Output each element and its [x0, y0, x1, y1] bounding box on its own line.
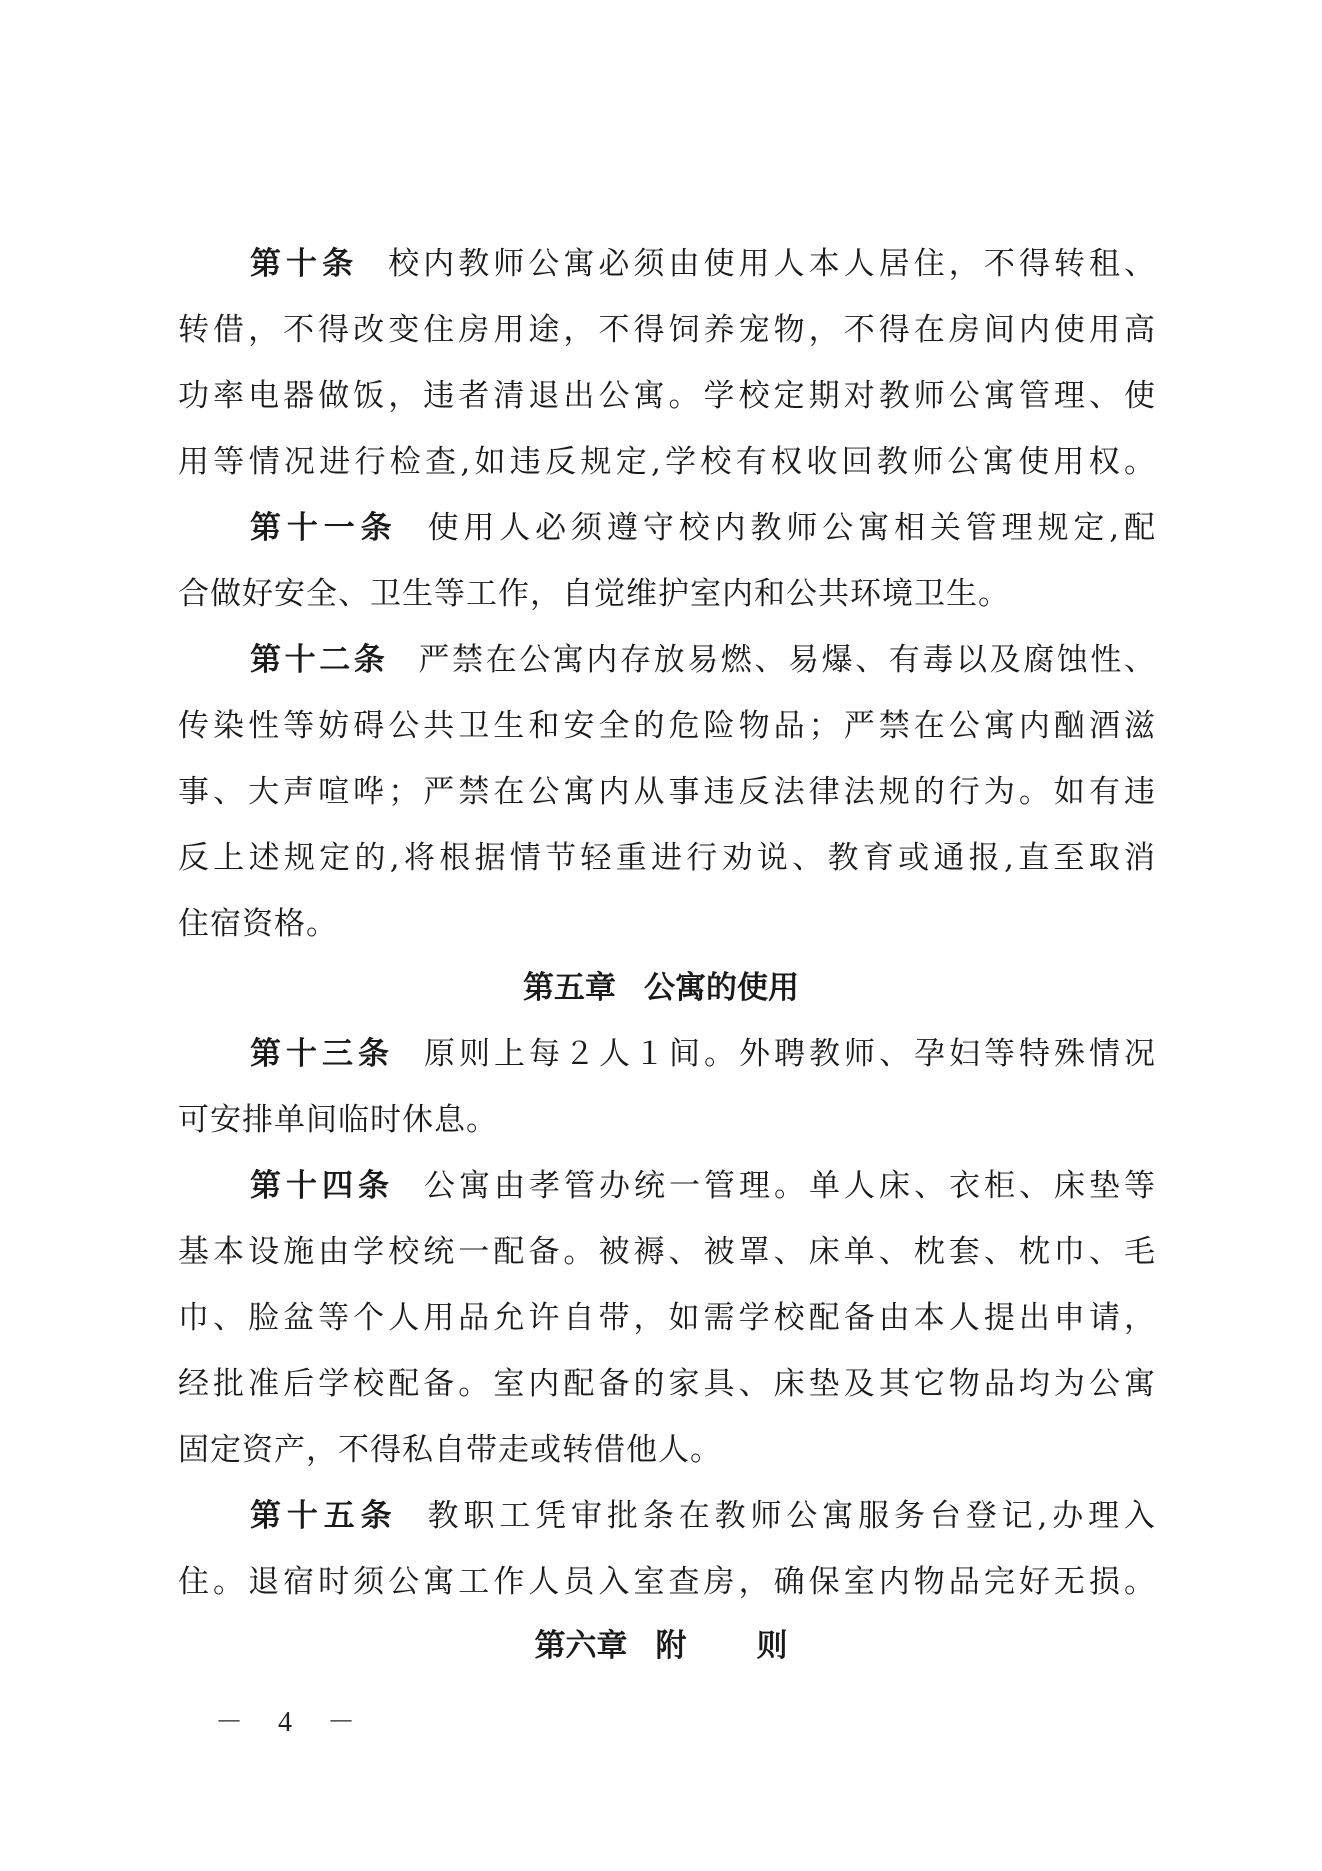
chapter-6-number: 第六章 — [535, 1628, 628, 1664]
article-14-line-2: 基本设施由学校统一配备。被褥、被罩、床单、枕套、枕巾、毛 — [178, 1230, 1156, 1274]
article-10-line-4: 用等情况进行检查,如违反规定,学校有权收回教师公寓使用权。 — [178, 440, 1156, 484]
article-15-text: 教职工凭审批条在教师公寓服务台登记,办理入 — [428, 1498, 1156, 1534]
document-page: 第十条校内教师公寓必须由使用人本人居住，不得转租、 转借，不得改变住房用途，不得… — [0, 0, 1322, 1871]
article-13-text: 原则上每２人１间。外聘教师、孕妇等特殊情况 — [424, 1036, 1156, 1072]
article-15-line-1: 第十五条教职工凭审批条在教师公寓服务台登记,办理入 — [250, 1494, 1156, 1538]
article-14-line-1: 第十四条公寓由孝管办统一管理。单人床、衣柜、床垫等 — [250, 1164, 1156, 1208]
article-12-line-4: 反上述规定的,将根据情节轻重进行劝说、教育或通报,直至取消 — [178, 836, 1156, 880]
article-10-line-2: 转借，不得改变住房用途，不得饲养宠物，不得在房间内使用高 — [178, 308, 1156, 352]
article-10-line-3: 功率电器做饭，违者清退出公寓。学校定期对教师公寓管理、使 — [178, 374, 1156, 418]
article-14-line-3: 巾、脸盆等个人用品允许自带，如需学校配备由本人提出申请， — [178, 1296, 1156, 1340]
article-15-number: 第十五条 — [250, 1498, 398, 1534]
chapter-5-number: 第五章 — [523, 970, 616, 1006]
article-11-text: 使用人必须遵守校内教师公寓相关管理规定,配 — [428, 510, 1156, 546]
article-11-line-1: 第十一条使用人必须遵守校内教师公寓相关管理规定,配 — [250, 506, 1156, 550]
chapter-6-title-part2: 则 — [757, 1628, 788, 1664]
article-13-line-2: 可安排单间临时休息。 — [178, 1098, 1156, 1142]
article-12-line-1: 第十二条严禁在公寓内存放易燃、易爆、有毒以及腐蚀性、 — [250, 638, 1156, 682]
article-12-line-5: 住宿资格。 — [178, 902, 1156, 946]
article-14-line-5: 固定资产，不得私自带走或转借他人。 — [178, 1428, 1156, 1472]
article-12-line-3: 事、大声喧哗；严禁在公寓内从事违反法律法规的行为。如有违 — [178, 770, 1156, 814]
article-11-number: 第十一条 — [250, 510, 398, 546]
article-13-number: 第十三条 — [250, 1036, 394, 1072]
article-10-number: 第十条 — [250, 246, 358, 282]
article-15-line-2: 住。退宿时须公寓工作人员入室查房，确保室内物品完好无损。 — [178, 1560, 1156, 1604]
article-12-text: 严禁在公寓内存放易燃、易爆、有毒以及腐蚀性、 — [418, 642, 1156, 678]
article-12-line-2: 传染性等妨碍公共卫生和安全的危险物品；严禁在公寓内酗酒滋 — [178, 704, 1156, 748]
chapter-5-title: 公寓的使用 — [644, 970, 799, 1006]
article-11-line-2: 合做好安全、卫生等工作，自觉维护室内和公共环境卫生。 — [178, 572, 1156, 616]
article-10-text: 校内教师公寓必须由使用人本人居住，不得转租、 — [388, 246, 1156, 282]
chapter-6-title-part1: 附 — [656, 1628, 687, 1664]
article-12-number: 第十二条 — [250, 642, 388, 678]
article-14-line-4: 经批准后学校配备。室内配备的家具、床垫及其它物品均为公寓 — [178, 1362, 1156, 1406]
chapter-6-heading: 第六章附则 — [0, 1624, 1322, 1668]
article-13-line-1: 第十三条原则上每２人１间。外聘教师、孕妇等特殊情况 — [250, 1032, 1156, 1076]
article-14-text: 公寓由孝管办统一管理。单人床、衣柜、床垫等 — [424, 1168, 1156, 1204]
article-10-line-1: 第十条校内教师公寓必须由使用人本人居住，不得转租、 — [250, 242, 1156, 286]
article-14-number: 第十四条 — [250, 1168, 394, 1204]
chapter-5-heading: 第五章公寓的使用 — [0, 966, 1322, 1010]
page-number: － 4 － — [215, 1705, 369, 1741]
